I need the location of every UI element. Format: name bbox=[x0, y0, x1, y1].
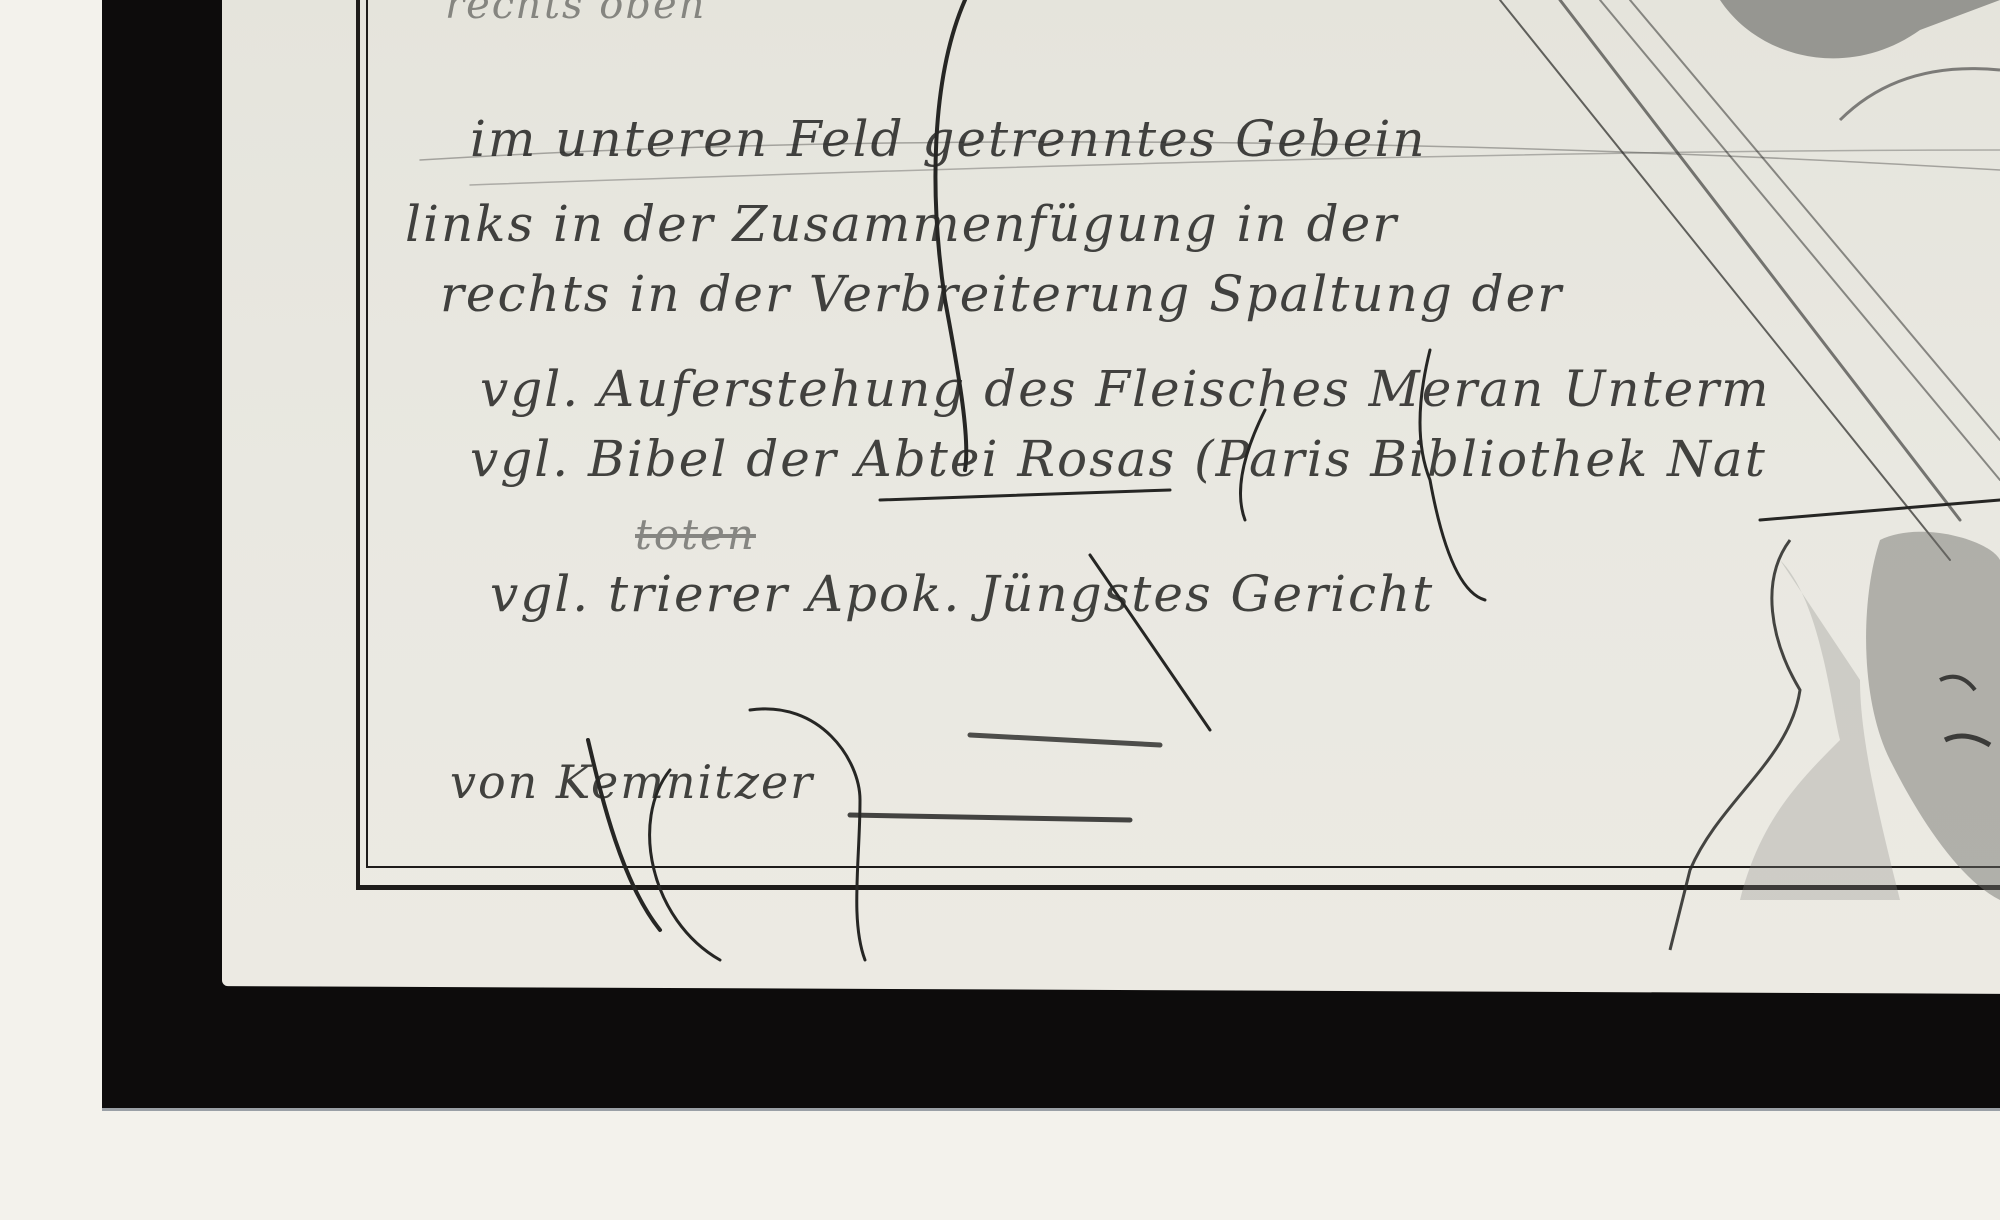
pencil-strokes bbox=[0, 0, 2000, 1220]
